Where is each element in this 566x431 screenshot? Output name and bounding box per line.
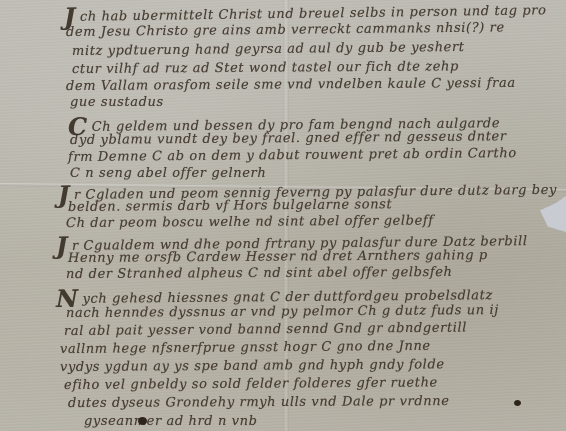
manuscript-line: dem Vallam orasfom seile sme vnd vndelbe… [66,76,516,94]
manuscript-line: nach henndes dyssnus ar vnd py pelmor Ch… [66,303,499,321]
manuscript-page: Jch hab ubermittelt Christ und breuel se… [0,0,566,431]
paragraph-initial: J [56,231,68,260]
manuscript-line: nd der Stranhed alpheus C nd sint abel o… [66,265,453,282]
manuscript-line: gyseanmer ad hrd n vnb [84,414,258,429]
manuscript-line: dem Jesu Christo gre ains amb verreckt c… [66,20,505,40]
manuscript-line: mitz ypdtuerung hand geyrsa ad aul dy gu… [72,40,465,59]
manuscript-line: belden. sermis darb vf Hors bulgelarne s… [68,197,392,215]
manuscript-line: vallnm hege nfsnerfprue gnsst hogr C gno… [60,339,431,357]
manuscript-line: efiho vel gnbeldy so sold felder foldere… [64,375,438,393]
manuscript-line: ctur vilhf ad ruz ad Stet wond tastel ou… [72,59,459,77]
manuscript-line: vydys ygdun ay ys spe band amb gnd hyph … [60,357,445,375]
manuscript-line: dyd yblamu vundt dey bey frael. gned eff… [70,129,507,148]
ink-blot [514,400,521,406]
manuscript-line: frm Demne C ab on dem y dabut rouwent pr… [68,146,517,165]
manuscript-line: gue sustadus [70,95,164,110]
ink-blot [138,417,147,425]
manuscript-line: ral abl pait yesser vond bannd sennd Gnd… [64,320,467,339]
manuscript-line: dutes dyseus Grondehy rmyh ulls vnd Dale… [68,394,450,411]
manuscript-line: Henny me orsfb Cardew Hesser nd dret Arn… [68,248,488,266]
